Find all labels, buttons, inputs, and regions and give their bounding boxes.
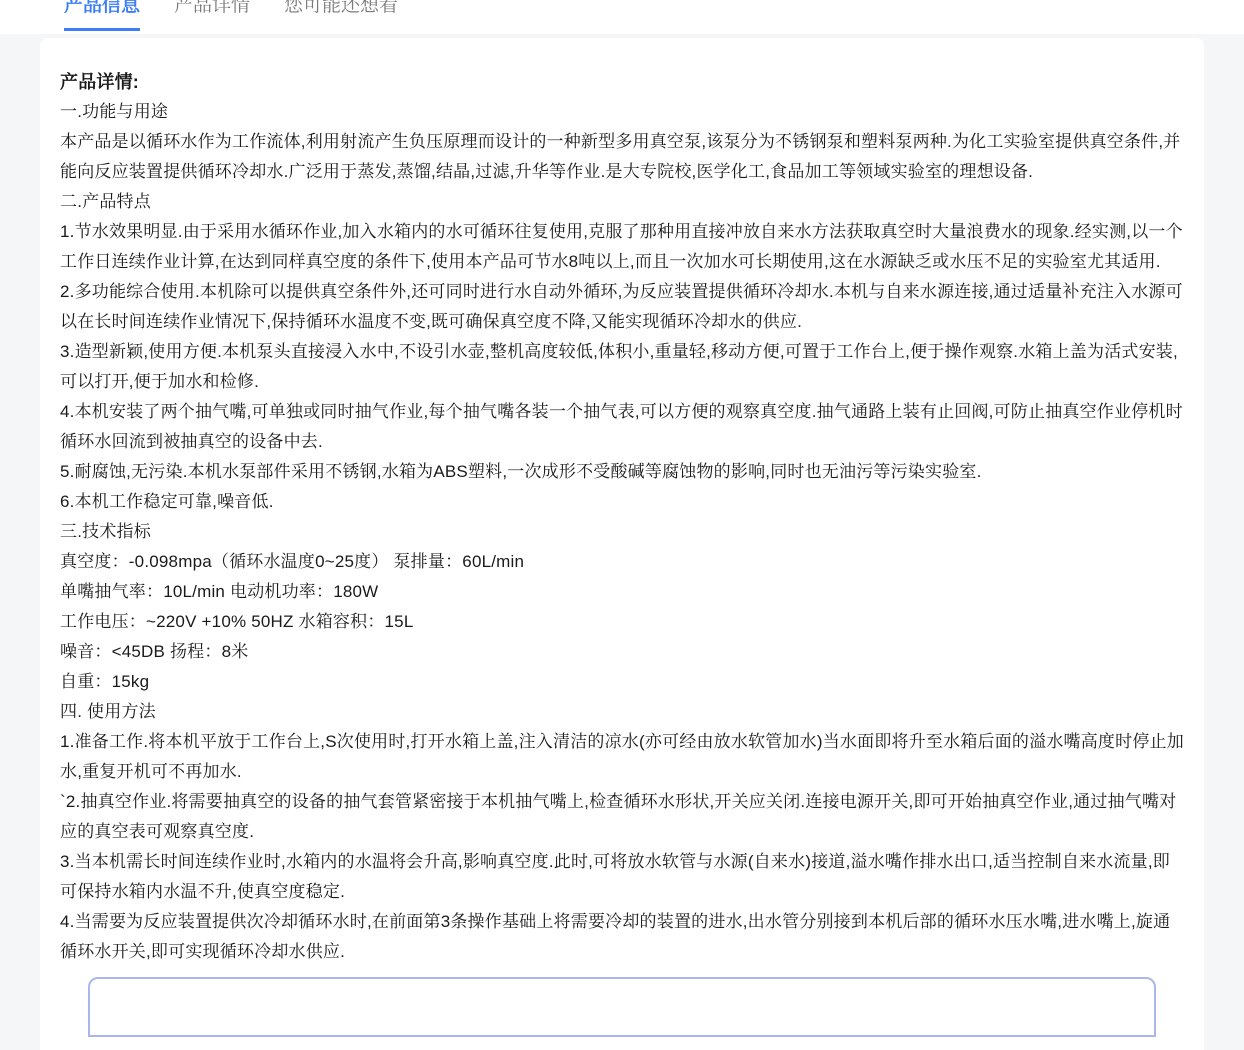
- section-title-specs: 三.技术指标: [60, 517, 1184, 547]
- feature-6: 6.本机工作稳定可靠,噪音低.: [60, 487, 1184, 517]
- product-detail-heading: 产品详情:: [60, 67, 1184, 97]
- spec-pumping-and-power: 单嘴抽气率：10L/min 电动机功率：180W: [60, 577, 1184, 607]
- para-intro: 本产品是以循环水作为工作流体,利用射流产生负压原理而设计的一种新型多用真空泵,该…: [60, 127, 1184, 187]
- usage-2: `2.抽真空作业.将需要抽真空的设备的抽气套管紧密接于本机抽气嘴上,检查循环水形…: [60, 787, 1184, 847]
- spec-noise-and-lift: 噪音：<45DB 扬程：8米: [60, 637, 1184, 667]
- section-title-features: 二.产品特点: [60, 187, 1184, 217]
- tab-product-info[interactable]: 产品信息: [64, 0, 140, 31]
- product-detail-card: 产品详情: 一.功能与用途 本产品是以循环水作为工作流体,利用射流产生负压原理而…: [40, 38, 1204, 1050]
- tab-bar: 产品信息 产品详情 您可能还想看: [0, 0, 1244, 34]
- feature-3: 3.造型新颖,使用方便.本机泵头直接浸入水中,不设引水壶,整机高度较低,体积小,…: [60, 337, 1184, 397]
- spec-voltage-and-tank: 工作电压：~220V +10% 50HZ 水箱容积：15L: [60, 607, 1184, 637]
- tab-product-detail[interactable]: 产品详情: [174, 0, 250, 31]
- tab-list: 产品信息 产品详情 您可能还想看: [0, 0, 1244, 31]
- feature-2: 2.多功能综合使用.本机除可以提供真空条件外,还可同时进行水自动外循环,为反应装…: [60, 277, 1184, 337]
- section-title-usage: 四. 使用方法: [60, 697, 1184, 727]
- tab-recommendations[interactable]: 您可能还想看: [284, 0, 398, 31]
- spec-vacuum-and-flow: 真空度：-0.098mpa（循环水温度0~25度） 泵排量：60L/min: [60, 547, 1184, 577]
- section-title-function: 一.功能与用途: [60, 97, 1184, 127]
- spec-weight: 自重：15kg: [60, 667, 1184, 697]
- feature-5: 5.耐腐蚀,无污染.本机水泵部件采用不锈钢,水箱为ABS塑料,一次成形不受酸碱等…: [60, 457, 1184, 487]
- feature-1: 1.节水效果明显.由于采用水循环作业,加入水箱内的水可循环往复使用,克服了那种用…: [60, 217, 1184, 277]
- product-detail-content: 产品详情: 一.功能与用途 本产品是以循环水作为工作流体,利用射流产生负压原理而…: [40, 38, 1204, 1037]
- usage-4: 4.当需要为反应装置提供次冷却循环水时,在前面第3条操作基础上将需要冷却的装置的…: [60, 907, 1184, 967]
- next-section-panel: [88, 977, 1156, 1037]
- usage-1: 1.准备工作.将本机平放于工作台上,S次使用时,打开水箱上盖,注入清洁的凉水(亦…: [60, 727, 1184, 787]
- feature-4: 4.本机安装了两个抽气嘴,可单独或同时抽气作业,每个抽气嘴各装一个抽气表,可以方…: [60, 397, 1184, 457]
- usage-3: 3.当本机需长时间连续作业时,水箱内的水温将会升高,影响真空度.此时,可将放水软…: [60, 847, 1184, 907]
